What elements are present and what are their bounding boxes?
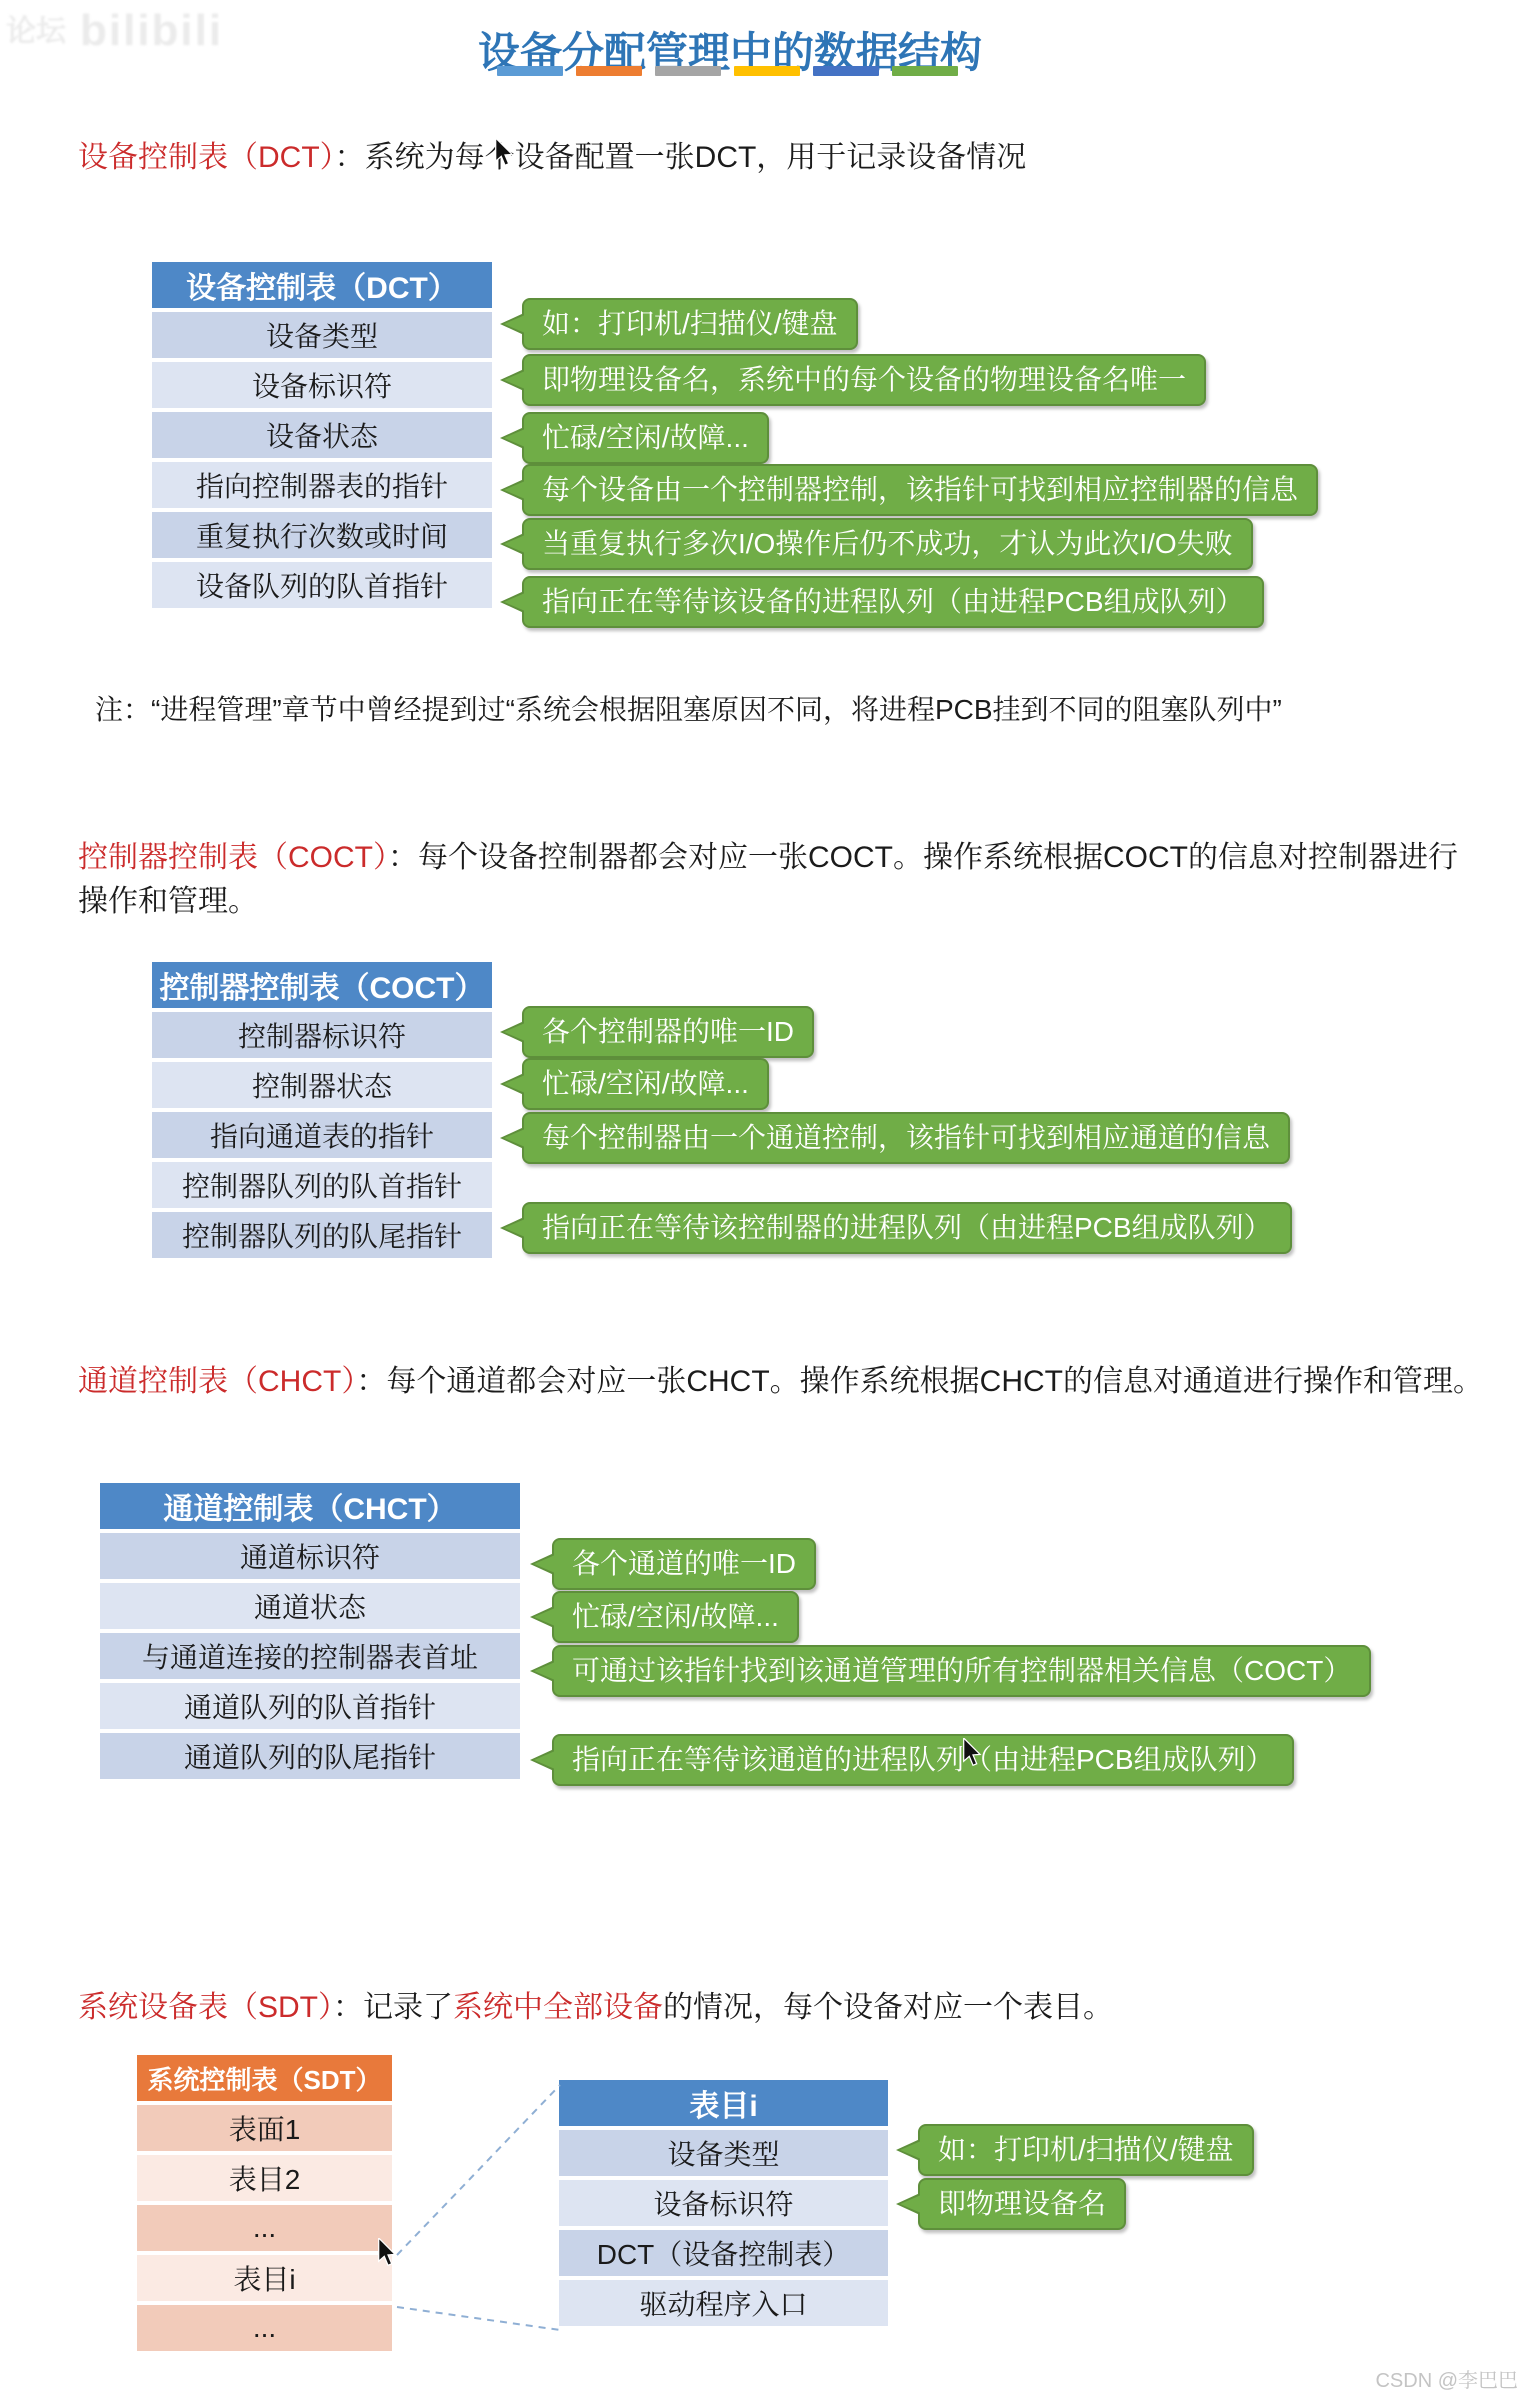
table-row: ... (137, 2205, 392, 2251)
table-row: DCT（设备控制表） (559, 2230, 888, 2276)
table-row: 控制器队列的队首指针 (152, 1162, 492, 1208)
title-divider-bars (497, 66, 958, 76)
coct-callout-id: 各个控制器的唯一ID (522, 1006, 814, 1058)
chct-heading: 通道控制表（CHCT）：每个通道都会对应一张CHCT。操作系统根据CHCT的信息… (78, 1360, 1498, 1404)
coct-callout-status: 忙碌/空闲/故障... (522, 1058, 769, 1110)
dct-heading-desc: ：系统为每个设备配置一张DCT，用于记录设备情况 (335, 141, 1027, 174)
divider-bar (655, 66, 721, 76)
dct-table: 设备控制表（DCT） 设备类型 设备标识符 设备状态 指向控制器表的指针 重复执… (152, 262, 492, 608)
note-text: 注：“进程管理”章节中曾经提到过“系统会根据阻塞原因不同，将进程PCB挂到不同的… (95, 688, 1515, 728)
table-row: 设备标识符 (152, 362, 492, 408)
table-row: 设备队列的队首指针 (152, 562, 492, 608)
dct-callout-ctrl-pointer: 每个设备由一个控制器控制，该指针可找到相应控制器的信息 (522, 464, 1318, 516)
coct-callout-chan-pointer: 每个控制器由一个通道控制，该指针可找到相应通道的信息 (522, 1112, 1290, 1164)
table-row: 表面1 (137, 2105, 392, 2151)
table-row: 指向控制器表的指针 (152, 462, 492, 508)
table-row: 通道队列的队尾指针 (100, 1733, 520, 1779)
table-row: 通道队列的队首指针 (100, 1683, 520, 1729)
dct-callout-status: 忙碌/空闲/故障... (522, 412, 769, 464)
table-row: 表目i (137, 2255, 392, 2301)
sdt-entry-table: 表目i 设备类型 设备标识符 DCT（设备控制表） 驱动程序入口 (559, 2080, 888, 2326)
table-row: 设备类型 (152, 312, 492, 358)
table-row: 设备类型 (559, 2130, 888, 2176)
sdt-entry-table-header: 表目i (559, 2080, 888, 2126)
sdt-table-header: 系统控制表（SDT） (137, 2055, 392, 2101)
divider-bar (576, 66, 642, 76)
entry-callout-identifier: 即物理设备名 (918, 2178, 1126, 2230)
entry-callout-device-type: 如：打印机/扫描仪/键盘 (918, 2124, 1254, 2176)
dct-callout-device-type: 如：打印机/扫描仪/键盘 (522, 298, 858, 350)
table-row: 重复执行次数或时间 (152, 512, 492, 558)
mouse-cursor (377, 2238, 399, 2269)
chct-callout-ctrl-list: 可通过该指针找到该通道管理的所有控制器相关信息（COCT） (552, 1645, 1371, 1697)
divider-bar (813, 66, 879, 76)
table-row: ... (137, 2305, 392, 2351)
slide-page: 论坛 bilibili 设备分配管理中的数据结构 设备控制表（DCT）：系统为每… (0, 0, 1532, 2406)
dct-table-header: 设备控制表（DCT） (152, 262, 492, 308)
divider-bar (734, 66, 800, 76)
table-row: 控制器状态 (152, 1062, 492, 1108)
dct-heading: 设备控制表（DCT）：系统为每个设备配置一张DCT，用于记录设备情况 (78, 136, 1278, 180)
coct-heading-term: 控制器控制表（COCT） (78, 841, 388, 874)
coct-table: 控制器控制表（COCT） 控制器标识符 控制器状态 指向通道表的指针 控制器队列… (152, 962, 492, 1258)
table-row: 通道状态 (100, 1583, 520, 1629)
table-row: 驱动程序入口 (559, 2280, 888, 2326)
table-row: 设备标识符 (559, 2180, 888, 2226)
chct-callout-queue: 指向正在等待该通道的进程队列（由进程PCB组成队列） (552, 1734, 1294, 1786)
chct-heading-desc: ：每个通道都会对应一张CHCT。操作系统根据CHCT的信息对通道进行操作和管理。 (356, 1365, 1483, 1398)
coct-table-header: 控制器控制表（COCT） (152, 962, 492, 1008)
dct-callout-identifier: 即物理设备名，系统中的每个设备的物理设备名唯一 (522, 354, 1206, 406)
table-row: 表目2 (137, 2155, 392, 2201)
table-row: 控制器标识符 (152, 1012, 492, 1058)
table-row: 与通道连接的控制器表首址 (100, 1633, 520, 1679)
mouse-cursor (494, 138, 516, 169)
mouse-cursor (962, 1738, 984, 1769)
table-row: 设备状态 (152, 412, 492, 458)
sdt-heading-desc-pre: ：记录了 (333, 1991, 453, 2024)
divider-bar (892, 66, 958, 76)
table-row: 指向通道表的指针 (152, 1112, 492, 1158)
coct-heading: 控制器控制表（COCT）：每个设备控制器都会对应一张COCT。操作系统根据COC… (78, 836, 1483, 923)
divider-bar (497, 66, 563, 76)
table-row: 控制器队列的队尾指针 (152, 1212, 492, 1258)
chct-heading-term: 通道控制表（CHCT） (78, 1365, 356, 1398)
dct-callout-queue-head: 指向正在等待该设备的进程队列（由进程PCB组成队列） (522, 576, 1264, 628)
chct-callout-id: 各个通道的唯一ID (552, 1538, 816, 1590)
sdt-heading: 系统设备表（SDT）：记录了系统中全部设备的情况，每个设备对应一个表目。 (78, 1986, 1478, 2030)
chct-table: 通道控制表（CHCT） 通道标识符 通道状态 与通道连接的控制器表首址 通道队列… (100, 1483, 520, 1779)
sdt-heading-desc-red: 系统中全部设备 (453, 1991, 663, 2024)
table-row: 通道标识符 (100, 1533, 520, 1579)
coct-callout-queue: 指向正在等待该控制器的进程队列（由进程PCB组成队列） (522, 1202, 1292, 1254)
chct-table-header: 通道控制表（CHCT） (100, 1483, 520, 1529)
chct-callout-status: 忙碌/空闲/故障... (552, 1591, 799, 1643)
dct-heading-term: 设备控制表（DCT） (78, 141, 335, 174)
csdn-watermark: CSDN @李巴巴 (1375, 2364, 1518, 2393)
sdt-table: 系统控制表（SDT） 表面1 表目2 ... 表目i ... (137, 2055, 392, 2351)
dct-callout-retry: 当重复执行多次I/O操作后仍不成功，才认为此次I/O失败 (522, 518, 1253, 570)
sdt-heading-term: 系统设备表（SDT） (78, 1991, 333, 2024)
sdt-heading-desc-post: 的情况，每个设备对应一个表目。 (663, 1991, 1113, 2024)
